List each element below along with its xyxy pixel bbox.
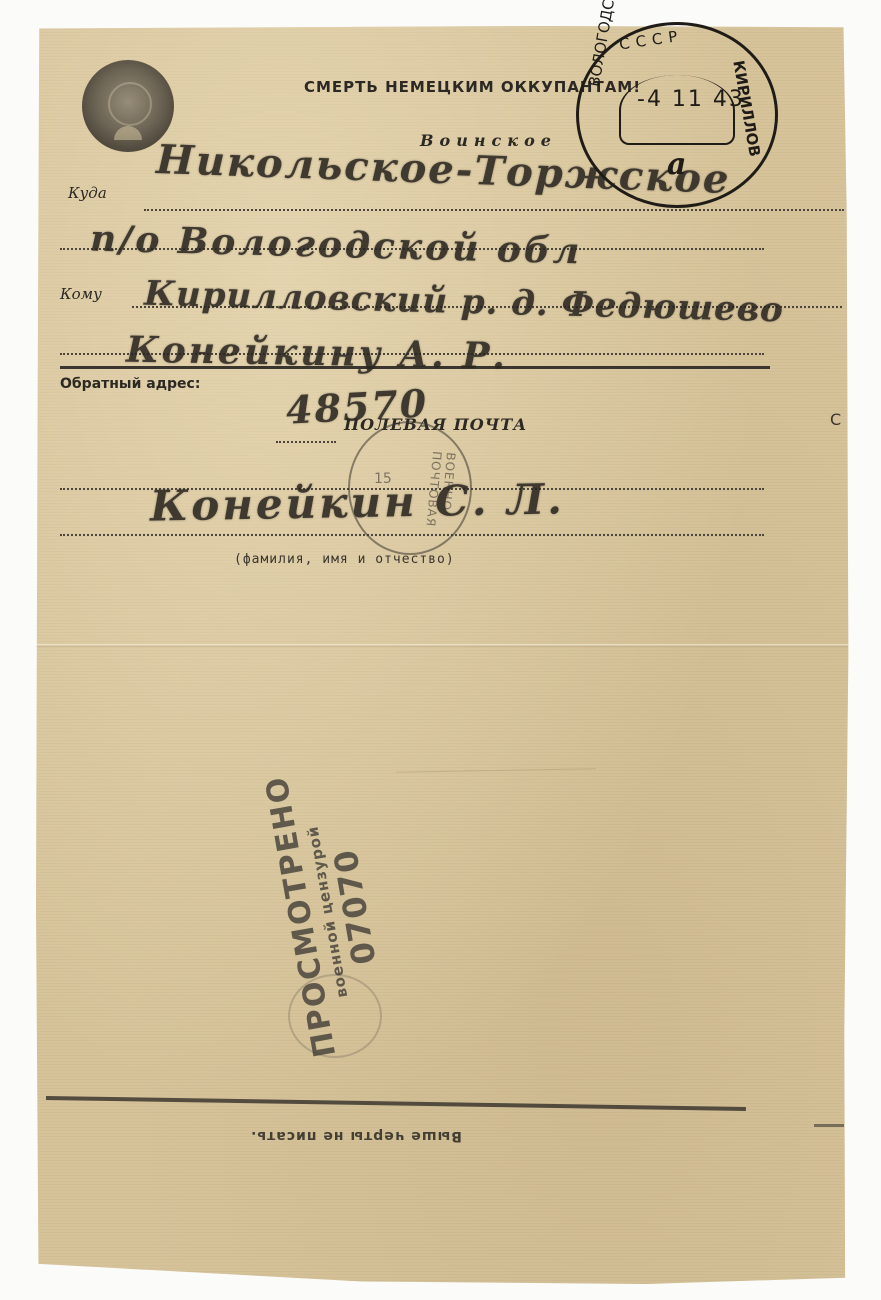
postmark-middle-number: 15 [374, 471, 392, 487]
label-return-address: Обратный адрес: [60, 376, 200, 392]
bottom-rule [46, 1096, 746, 1111]
postmark-middle: 15 ВОЕННО-ПОЧТОВАЯ [348, 421, 472, 555]
sun-icon [114, 126, 142, 140]
censor-stamp: ПРОСМОТРЕНО военной цензурой 07070 [259, 763, 398, 1060]
handwritten-destination-2: п/о Вологодской обл [90, 218, 583, 273]
fold-line [36, 644, 850, 647]
label-komu: Кому [60, 285, 102, 303]
label-kuda: Куда [68, 184, 107, 202]
address-line-1 [144, 209, 844, 211]
handwritten-recipient-2: Конейкину А. Р. [126, 329, 509, 378]
name-hint: (фамилия, имя и отчество) [234, 552, 455, 567]
postmark-top: СССР ВОЛОГОДСК КИРИЛЛОВ -4 11 43 а [576, 22, 778, 208]
globe-icon [108, 82, 152, 126]
handwritten-recipient-1: Кирилловский р. д. Федюшево [144, 274, 785, 331]
paper-crease [396, 768, 596, 772]
side-mark: С [830, 410, 841, 429]
letter-sheet: СМЕРТЬ НЕМЕЦКИМ ОККУПАНТАМ! Воинское Куд… [36, 26, 850, 1284]
upside-down-warning: Выше черты не писать. [250, 1128, 462, 1144]
field-post-number-line [276, 441, 336, 443]
postmark-middle-arc: ВОЕННО-ПОЧТОВАЯ [423, 451, 458, 529]
postmark-top-letter: а [667, 147, 686, 182]
side-dash [814, 1124, 844, 1127]
postmark-top-date: -4 11 43 [637, 87, 745, 112]
